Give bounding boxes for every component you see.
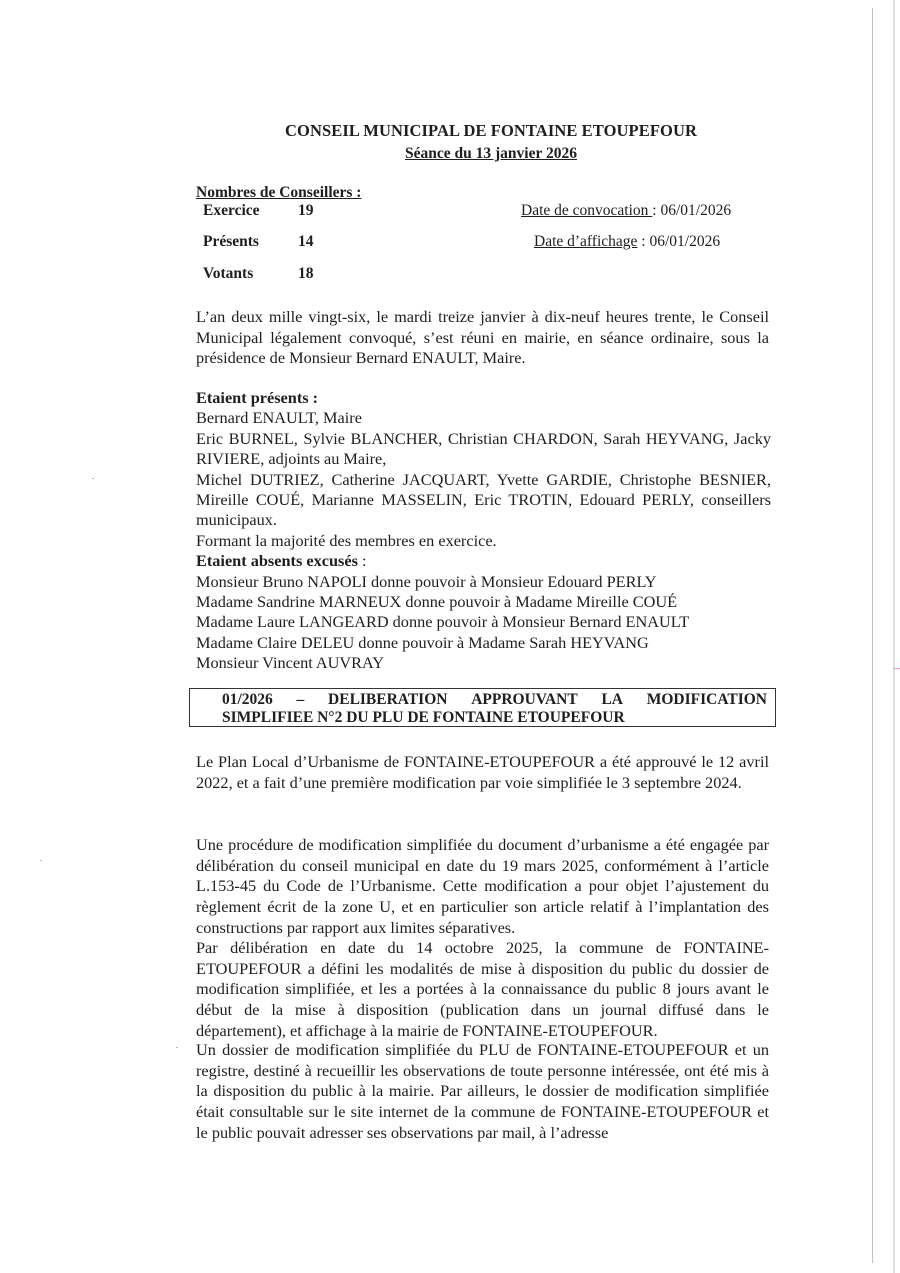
convocation-label: Date de convocation xyxy=(521,202,652,219)
deliberation-title-line2: SIMPLIFIEE N°2 DU PLU DE FONTAINE ETOUPE… xyxy=(222,709,767,727)
posting-date: Date d’affichage : 06/01/2026 xyxy=(534,233,720,251)
posting-value: 06/01/2026 xyxy=(649,233,720,250)
body-paragraph-1: Le Plan Local d’Urbanisme de FONTAINE-ET… xyxy=(196,752,769,793)
convocation-date: Date de convocation : 06/01/2026 xyxy=(521,202,731,220)
title-word: LA xyxy=(601,691,623,709)
count-label: Exercice xyxy=(203,202,298,220)
count-label: Votants xyxy=(203,265,298,283)
absent-heading: Etaient absents excusés : xyxy=(196,551,771,571)
posting-label: Date d’affichage xyxy=(534,233,637,250)
scan-edge-line xyxy=(872,8,873,1263)
present-councillors: Michel DUTRIEZ, Catherine JACQUART, Yvet… xyxy=(196,470,771,531)
scan-border-line xyxy=(893,0,895,1273)
separator: : xyxy=(637,233,649,250)
scan-speck xyxy=(92,478,94,479)
intro-paragraph: L’an deux mille vingt-six, le mardi trei… xyxy=(196,307,769,369)
absent-item: Madame Laure LANGEARD donne pouvoir à Mo… xyxy=(196,612,771,632)
count-value: 14 xyxy=(298,233,314,251)
scan-speck xyxy=(40,860,42,861)
absent-heading-colon: : xyxy=(358,551,367,570)
present-heading: Etaient présents : xyxy=(196,388,771,408)
count-value: 19 xyxy=(298,202,314,220)
count-row-votants: Votants18 xyxy=(203,265,314,283)
absent-heading-text: Etaient absents excusés xyxy=(196,551,358,570)
absent-item: Madame Claire DELEU donne pouvoir à Mada… xyxy=(196,633,771,653)
document-title: CONSEIL MUNICIPAL DE FONTAINE ETOUPEFOUR xyxy=(180,121,780,141)
deliberation-title: 01/2026 – DELIBERATION APPROUVANT LA MOD… xyxy=(222,691,767,726)
convocation-value: 06/01/2026 xyxy=(660,202,731,219)
present-deputies: Eric BURNEL, Sylvie BLANCHER, Christian … xyxy=(196,429,771,470)
count-row-presents: Présents14 xyxy=(203,233,314,251)
title-word: MODIFICATION xyxy=(647,691,767,709)
scan-speck xyxy=(176,1047,178,1048)
paragraph-text: Par délibération en date du 14 octobre 2… xyxy=(196,938,769,1042)
body-paragraph-4: Un dossier de modification simplifiée du… xyxy=(196,1040,769,1144)
councillor-counts-heading: Nombres de Conseillers : xyxy=(196,184,361,202)
attendance-section: Etaient présents : Bernard ENAULT, Maire… xyxy=(196,388,771,674)
session-date: Séance du 13 janvier 2026 xyxy=(180,145,780,163)
absent-item: Monsieur Vincent AUVRAY xyxy=(196,653,771,673)
paragraph-text: Un dossier de modification simplifiée du… xyxy=(196,1040,769,1144)
deliberation-title-box: 01/2026 – DELIBERATION APPROUVANT LA MOD… xyxy=(189,688,776,727)
body-paragraph-3: Par délibération en date du 14 octobre 2… xyxy=(196,938,769,1042)
intro-text: L’an deux mille vingt-six, le mardi trei… xyxy=(196,307,769,369)
count-value: 18 xyxy=(298,265,314,283)
body-paragraph-2: Une procédure de modification simplifiée… xyxy=(196,835,769,939)
title-dash: – xyxy=(297,691,305,709)
paragraph-text: Le Plan Local d’Urbanisme de FONTAINE-ET… xyxy=(196,752,769,793)
count-label: Présents xyxy=(203,233,298,251)
title-word: APPROUVANT xyxy=(471,691,578,709)
paragraph-text: Une procédure de modification simplifiée… xyxy=(196,835,769,939)
absent-item: Madame Sandrine MARNEUX donne pouvoir à … xyxy=(196,592,771,612)
majority-statement: Formant la majorité des membres en exerc… xyxy=(196,531,771,551)
deliberation-number: 01/2026 xyxy=(222,691,273,709)
title-word: DELIBERATION xyxy=(328,691,447,709)
count-row-exercice: Exercice19 xyxy=(203,202,314,220)
deliberation-title-line1: 01/2026 – DELIBERATION APPROUVANT LA MOD… xyxy=(222,691,767,709)
scanned-page: CONSEIL MUNICIPAL DE FONTAINE ETOUPEFOUR… xyxy=(0,0,900,1273)
scan-tick-mark xyxy=(893,668,900,669)
absent-item: Monsieur Bruno NAPOLI donne pouvoir à Mo… xyxy=(196,572,771,592)
present-mayor: Bernard ENAULT, Maire xyxy=(196,408,771,428)
